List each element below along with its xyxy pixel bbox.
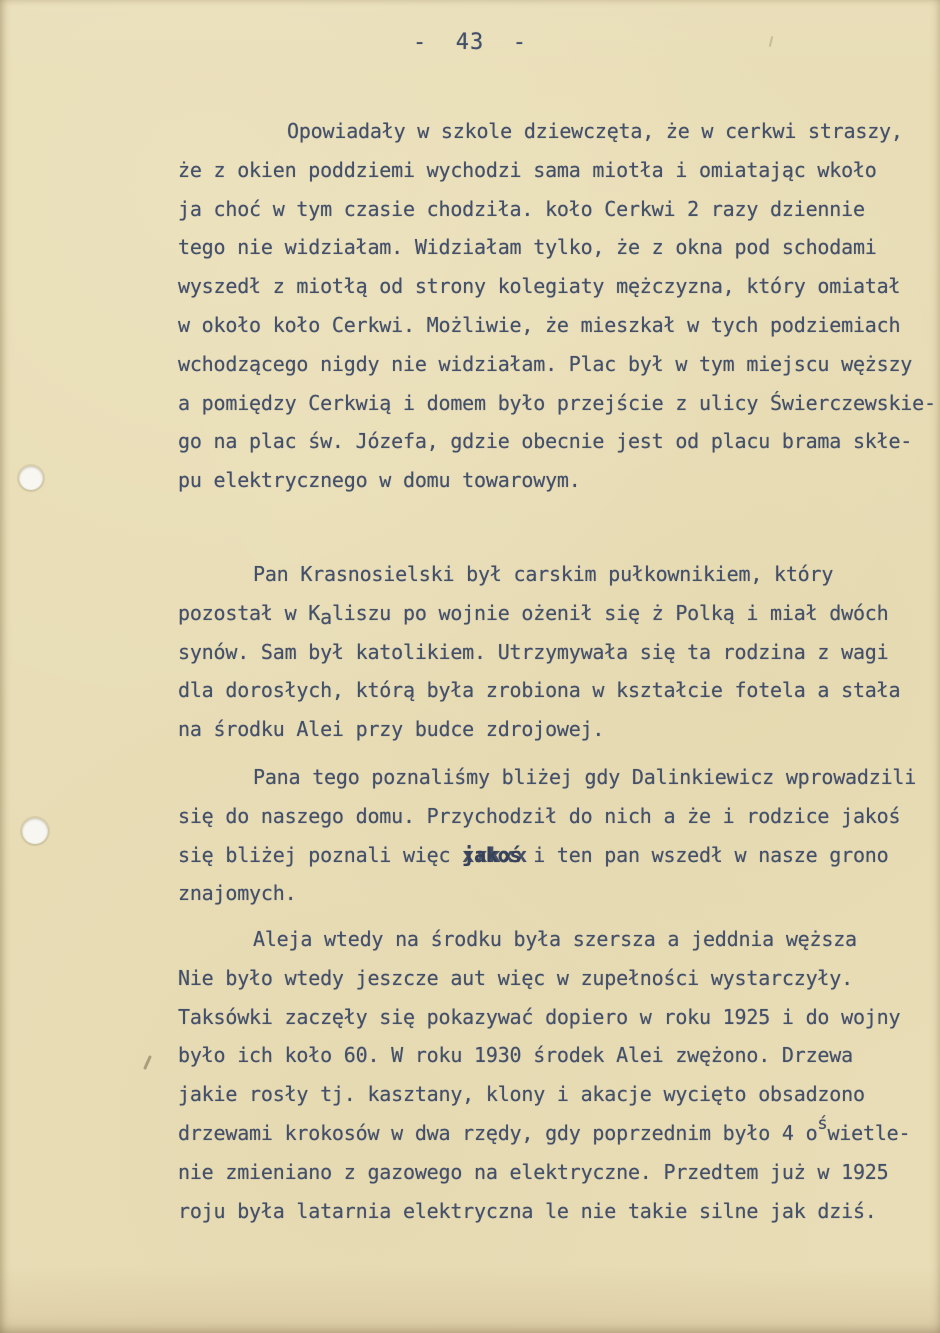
text-segment: drzewami krokosów w dwa rzędy, gdy poprz…: [178, 1121, 817, 1145]
page-number: - 43 -: [0, 30, 940, 55]
text-line: w około koło Cerkwi. Możliwie, że mieszk…: [178, 306, 940, 345]
text-line: tego nie widziałam. Widziałam tylko, że …: [178, 228, 940, 267]
text-line: było ich koło 60. W roku 1930 środek Ale…: [178, 1036, 940, 1075]
text-line: synów. Sam był katolikiem. Utrzymywała s…: [178, 633, 940, 672]
text-line: znajomych.: [178, 874, 940, 913]
text-line: pu elektrycznego w domu towarowym.: [178, 461, 940, 500]
text-line: roju była latarnia elektryczna le nie ta…: [178, 1192, 940, 1231]
text-line: wchodzącego nigdy nie widziałam. Plac by…: [178, 345, 940, 384]
text-line: Nie było wtedy jeszcze aut więc w zupełn…: [178, 959, 940, 998]
paper-speck: [143, 1055, 152, 1070]
text-line: że z okien poddziemi wychodzi sama miotł…: [178, 151, 940, 190]
punch-hole-bottom: [22, 818, 48, 844]
text-line: dla dorosłych, którą była zrobiona w ksz…: [178, 671, 940, 710]
text-line: na środku Alei przy budce zdrojowej.: [178, 710, 940, 749]
text-line: się bliżej poznali więc jakośxxkxx i ten…: [178, 836, 940, 875]
text-line: go na plac św. Józefa, gdzie obecnie jes…: [178, 422, 940, 461]
text-line: pozostał w Kaliszu po wojnie ożenił się …: [178, 594, 940, 633]
paragraph-dalinkiewicz: Pana tego poznaliśmy bliżej gdy Dalinkie…: [178, 758, 940, 913]
text-line: Pan Krasnosielski był carskim pułkowniki…: [178, 555, 940, 594]
document-page: - 43 - Opowiadały w szkole dziewczęta, ż…: [0, 0, 940, 1333]
text-line: a pomiędzy Cerkwią i domem było przejści…: [178, 384, 940, 423]
crossed-out-word: jakośxxkxx: [462, 836, 521, 875]
paragraph-krasnosielski: Pan Krasnosielski był carskim pułkowniki…: [178, 555, 940, 749]
text-segment: i ten pan wszedł w nasze grono: [521, 843, 888, 867]
raised-character: ś: [817, 1114, 827, 1134]
paragraph-cerkiew: Opowiadały w szkole dziewczęta, że w cer…: [178, 112, 940, 500]
text-line: wyszedł z miotłą od strony kolegiaty męż…: [178, 267, 940, 306]
text-segment: wietle-: [827, 1121, 910, 1145]
text-line: drzewami krokosów w dwa rzędy, gdy poprz…: [178, 1114, 940, 1153]
text-line: się do naszego domu. Przychodził do nich…: [178, 797, 940, 836]
text-line: ja choć w tym czasie chodziła. koło Cerk…: [178, 190, 940, 229]
text-segment: pozostał w K: [178, 601, 320, 625]
overstrike-xs: xxkxx: [462, 836, 528, 875]
lowered-character: a: [320, 605, 332, 629]
text-line: Pana tego poznaliśmy bliżej gdy Dalinkie…: [178, 758, 940, 797]
paragraph-aleja: Aleja wtedy na środku była szersza a jed…: [178, 920, 940, 1230]
punch-hole-top: [19, 466, 43, 490]
text-line: Aleja wtedy na środku była szersza a jed…: [178, 920, 940, 959]
text-line: nie zmieniano z gazowego na elektryczne.…: [178, 1153, 940, 1192]
text-line: jakie rosły tj. kasztany, klony i akacje…: [178, 1075, 940, 1114]
text-line: Opowiadały w szkole dziewczęta, że w cer…: [178, 112, 940, 151]
text-segment: liszu po wojnie ożenił się ż Polką i mia…: [332, 601, 889, 625]
text-line: Taksówki zaczęły się pokazywać dopiero w…: [178, 998, 940, 1037]
text-segment: się bliżej poznali więc: [178, 843, 462, 867]
